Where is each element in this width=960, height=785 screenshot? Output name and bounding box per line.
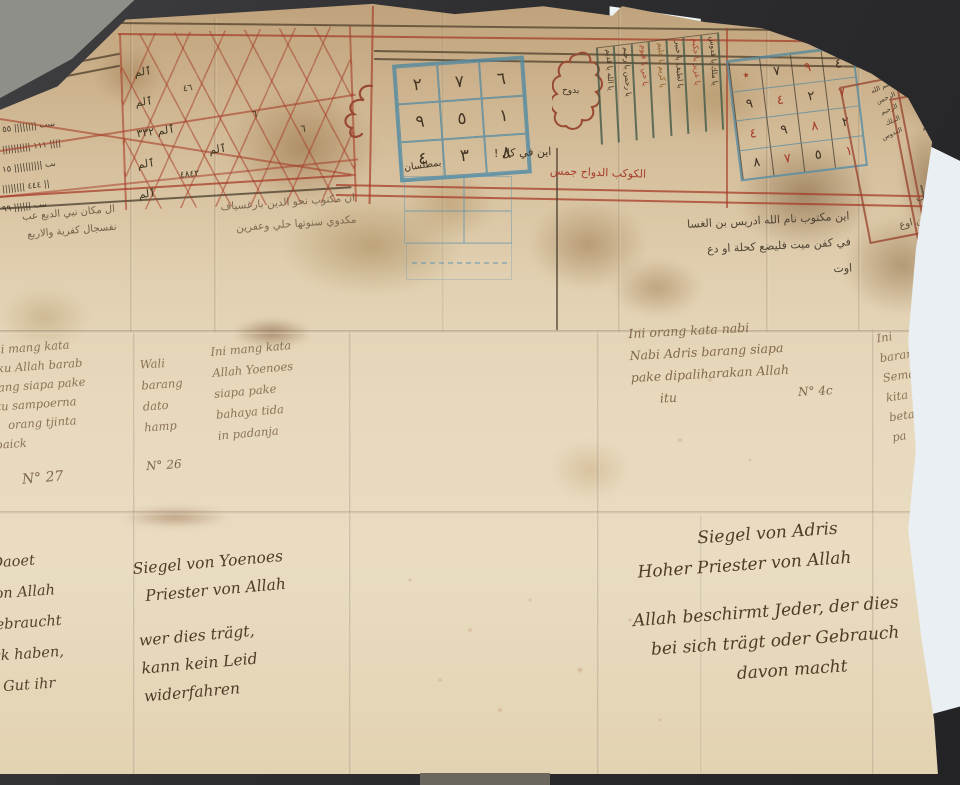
ms4-cell: ٢ <box>793 80 827 113</box>
ms4-cell: ٩ <box>732 87 766 120</box>
faint-blue-grid <box>404 176 512 244</box>
item-number: N° 26 <box>146 457 182 473</box>
ms4-cell: ٤ <box>735 117 769 150</box>
ruled-line-vertical <box>726 28 728 208</box>
ms3-cell: ٣ <box>442 136 487 176</box>
item-number: N° 27 <box>21 468 64 488</box>
ms4-cell: ٩ <box>766 113 800 146</box>
stain <box>550 440 630 500</box>
jawi-caption-red: الكوكب الدواح جمس <box>550 164 646 180</box>
malay-column-3: Ini mang kata Allah Yoenoes siapa pake b… <box>210 330 354 446</box>
lattice-glyph: ٱلم <box>138 186 157 201</box>
jawi-caption-black: اين في كل ! <box>494 145 552 160</box>
ms3-cell: ١ <box>482 96 527 136</box>
tally-row: ٮٮٮٮ |||||||| ٥٥ <box>2 119 56 135</box>
ms3-cell: ٦ <box>479 59 524 99</box>
scroll-flourish-icon <box>342 82 386 140</box>
lattice-glyph: ٱلم <box>135 94 154 109</box>
malay-column-1: Ini mang kata aku Allah barab yang siapa… <box>0 331 141 455</box>
vertical-column-table: يا الله يا قديم يا رحمن يا رحيم يا حي يا… <box>596 32 724 144</box>
ms4-cell: ٨ <box>797 109 831 142</box>
manuscript-paper: ٮٮٮٮ |||||||| ٥٥ |||||||||| ١١١ |||| ٮٮ … <box>0 0 960 785</box>
table-edge-highlight <box>420 773 550 785</box>
faint-blue-grid <box>406 242 512 280</box>
lattice-glyph: ٱلم <box>137 156 156 171</box>
ms3-cell: ٥ <box>440 99 485 139</box>
item-number: N° 4c <box>798 383 833 399</box>
malay-line: hamp <box>144 412 220 438</box>
lattice-glyph: ٱلم ٣٣٢ <box>136 123 176 141</box>
lattice-glyph: ٦ <box>300 124 306 135</box>
manuscript-photo: ٮٮٮٮ |||||||| ٥٥ |||||||||| ١١١ |||| ٮٮ … <box>0 0 960 785</box>
german-column-2: Siegel von Yoenoes Priester von Allah we… <box>132 535 370 710</box>
box-line: قل هو <box>895 89 946 120</box>
stain <box>120 506 230 528</box>
table-column: يا ملك يا قدوس <box>700 33 724 131</box>
faint-blue-dashes <box>412 262 508 264</box>
medallion-text: بدوح <box>562 86 579 96</box>
ms4-cell: ٧ <box>770 142 804 175</box>
german-column-1: von Daoet tel von Allah us gebraucht Glü… <box>0 540 132 737</box>
lattice-glyph: ٦ <box>252 109 258 120</box>
tally-row: ٮٮ |||||||||| ١٥ <box>2 159 57 175</box>
ms4-cell: ٤ <box>763 84 797 117</box>
lattice-glyph: ٱلم <box>208 142 227 157</box>
ms4-cell: ٤ <box>821 47 855 80</box>
ms4-cell: ٭ <box>728 58 762 91</box>
ms4-cell: ٧ <box>759 54 793 87</box>
lattice-glyph: ٤٦ <box>182 83 193 95</box>
lattice-grid-panel: ٱلم ٱلم ٤٦ ٱلم ٣٣٢ ٦ ٱلم ٱلم ٤٨٤٢ ٱلم ٦ <box>119 26 357 210</box>
german-column-3: Siegel von Adris Hoher Priester von Alla… <box>587 505 960 698</box>
malay-column-2: Wali barang dato hamp <box>139 349 220 438</box>
ms4-cell: ٥ <box>801 139 835 172</box>
tally-row: |||||||| ٤٤٤ || <box>2 179 51 195</box>
tally-row: |||||||||| ١١١ |||| <box>2 138 62 155</box>
malay-column-4: Ini orang kata nabi Nabi Adris barang si… <box>628 309 902 411</box>
ms4-cell: ٩ <box>790 51 824 84</box>
ms4-cell: ٨ <box>739 146 773 179</box>
ms3-cell: ٩ <box>398 102 443 142</box>
ms3-cell: ٧ <box>437 62 482 102</box>
lattice-glyph: ٱلم <box>134 64 153 79</box>
ms3-cell: ٢ <box>395 65 440 105</box>
jawi-text-right: اين مكتوب نام الله ادريس بن الغسا في كفن… <box>594 203 853 294</box>
lattice-glyph: ٤٨٤٢ <box>179 169 199 181</box>
